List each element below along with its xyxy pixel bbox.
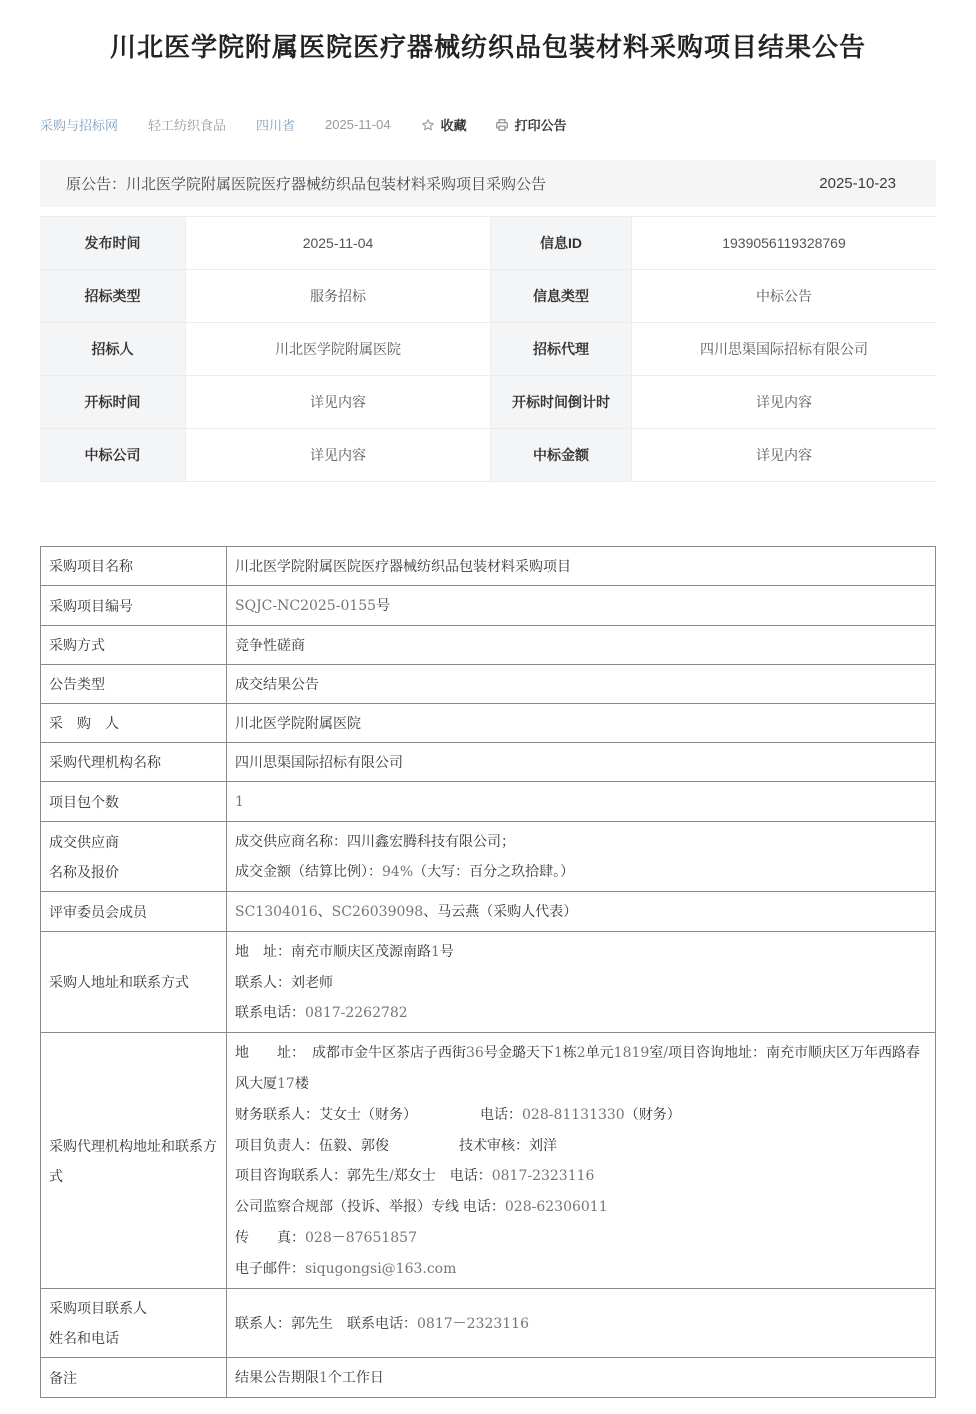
page-title: 川北医学院附属医院医疗器械纺织品包装材料采购项目结果公告 <box>40 0 936 65</box>
summary-value-cell: 详见内容 <box>186 429 490 481</box>
detail-row: 项目包个数 1 <box>41 782 936 822</box>
detail-line: 联系人：郭先生 联系电话：0817－2323116 <box>235 1308 927 1339</box>
summary-value-cell: 四川思渠国际招标有限公司 <box>632 323 936 375</box>
detail-label-cell: 采购人地址和联系方式 <box>41 932 227 1033</box>
detail-line: 公司监察合规部（投诉、举报）专线 电话：028-62306011 <box>235 1191 927 1222</box>
detail-line: 采购项目联系人 <box>49 1293 218 1323</box>
breadcrumb-category-link[interactable]: 轻工纺织食品 <box>148 115 226 134</box>
detail-line: 电子邮件：siqugongsi@163.com <box>235 1253 927 1284</box>
summary-label-cell: 招标人 <box>40 323 185 375</box>
detail-line: 竞争性磋商 <box>235 630 927 660</box>
detail-line: 采购方式 <box>49 630 218 660</box>
summary-value-cell: 1939056119328769 <box>632 217 936 269</box>
detail-line: 成交供应商 <box>49 827 218 857</box>
detail-line: 联系人：刘老师 <box>235 967 927 997</box>
detail-line: SQJC-NC2025-0155号 <box>235 590 927 621</box>
summary-value-cell: 详见内容 <box>632 376 936 428</box>
detail-line: 四川思渠国际招标有限公司 <box>235 747 927 777</box>
summary-label-cell: 开标时间倒计时 <box>491 376 631 428</box>
detail-line: 1 <box>235 786 927 817</box>
detail-value-cell: 四川思渠国际招标有限公司 <box>227 743 936 782</box>
detail-row: 成交供应商 名称及报价 成交供应商名称：四川鑫宏腾科技有限公司； 成交金额（结算… <box>41 822 936 892</box>
detail-row: 采购项目名称 川北医学院附属医院医疗器械纺织品包装材料采购项目 <box>41 547 936 586</box>
summary-value-cell: 详见内容 <box>632 429 936 481</box>
detail-row: 备注 结果公告期限1个工作日 <box>41 1358 936 1398</box>
detail-label-cell: 采 购 人 <box>41 704 227 743</box>
detail-value-cell: 成交供应商名称：四川鑫宏腾科技有限公司； 成交金额（结算比例）：94%（大写：百… <box>227 822 936 892</box>
detail-line: 采 购 人 <box>49 708 218 738</box>
detail-line: 备注 <box>49 1363 218 1393</box>
detail-row: 采购代理机构地址和联系方式 地 址： 成都市金牛区茶店子西街36号金璐天下1栋2… <box>41 1033 936 1289</box>
summary-value-cell: 中标公告 <box>632 270 936 322</box>
summary-label-cell: 中标金额 <box>491 429 631 481</box>
summary-label-cell: 信息类型 <box>491 270 631 322</box>
detail-label-cell: 公告类型 <box>41 665 227 704</box>
detail-line: 成交金额（结算比例）：94%（大写：百分之玖拾肆。） <box>235 856 927 887</box>
original-notice-date: 2025-10-23 <box>819 175 896 192</box>
favorite-button[interactable]: 收藏 <box>421 115 467 134</box>
detail-line: 姓名和电话 <box>49 1323 218 1353</box>
detail-label-cell: 采购项目联系人 姓名和电话 <box>41 1289 227 1358</box>
detail-row: 采购代理机构名称 四川思渠国际招标有限公司 <box>41 743 936 782</box>
detail-table: 采购项目名称 川北医学院附属医院医疗器械纺织品包装材料采购项目 采购项目编号 S… <box>40 546 936 1398</box>
detail-line: 成交供应商名称：四川鑫宏腾科技有限公司； <box>235 826 927 856</box>
detail-line: 采购代理机构地址和联系方式 <box>49 1131 218 1191</box>
breadcrumb-region-link[interactable]: 四川省 <box>256 115 295 134</box>
detail-line: 财务联系人：艾女士（财务） 电话：028-81131330（财务） <box>235 1099 927 1130</box>
breadcrumb-date: 2025-11-04 <box>325 117 391 132</box>
detail-line: SC1304016、SC26039098、马云燕（采购人代表） <box>235 896 927 927</box>
detail-row: 采购人地址和联系方式 地 址：南充市顺庆区茂源南路1号 联系人：刘老师 联系电话… <box>41 932 936 1033</box>
detail-value-cell: 竞争性磋商 <box>227 626 936 665</box>
detail-value-cell: 地 址：南充市顺庆区茂源南路1号 联系人：刘老师 联系电话：0817-22627… <box>227 932 936 1033</box>
detail-line: 采购人地址和联系方式 <box>49 967 218 997</box>
detail-line: 项目负责人：伍毅、郭俊 技术审核：刘洋 <box>235 1130 927 1160</box>
summary-label-cell: 招标类型 <box>40 270 185 322</box>
favorite-label: 收藏 <box>441 115 467 134</box>
detail-value-cell: 地 址： 成都市金牛区茶店子西街36号金璐天下1栋2单元1819室/项目咨询地址… <box>227 1033 936 1289</box>
detail-line: 项目包个数 <box>49 787 218 817</box>
original-notice-bar[interactable]: 原公告：川北医学院附属医院医疗器械纺织品包装材料采购项目采购公告 2025-10… <box>40 160 936 207</box>
detail-value-cell: SQJC-NC2025-0155号 <box>227 586 936 626</box>
detail-line: 地 址：南充市顺庆区茂源南路1号 <box>235 936 927 967</box>
summary-label-cell: 中标公司 <box>40 429 185 481</box>
print-button[interactable]: 打印公告 <box>495 115 567 134</box>
detail-line: 采购项目编号 <box>49 591 218 621</box>
detail-label-cell: 成交供应商 名称及报价 <box>41 822 227 892</box>
detail-label-cell: 采购代理机构地址和联系方式 <box>41 1033 227 1289</box>
detail-line: 传 真：028－87651857 <box>235 1222 927 1253</box>
detail-label-cell: 采购项目编号 <box>41 586 227 626</box>
summary-value-cell: 2025-11-04 <box>186 217 490 269</box>
detail-value-cell: 川北医学院附属医院 <box>227 704 936 743</box>
detail-label-cell: 采购代理机构名称 <box>41 743 227 782</box>
detail-label-cell: 备注 <box>41 1358 227 1398</box>
detail-row: 采购项目联系人 姓名和电话 联系人：郭先生 联系电话：0817－2323116 <box>41 1289 936 1358</box>
breadcrumb: 采购与招标网 轻工纺织食品 四川省 2025-11-04 收藏 打印公告 <box>40 115 936 134</box>
detail-line: 地 址： 成都市金牛区茶店子西街36号金璐天下1栋2单元1819室/项目咨询地址… <box>235 1037 927 1099</box>
detail-row: 采 购 人 川北医学院附属医院 <box>41 704 936 743</box>
summary-table: 发布时间 2025-11-04 信息ID 1939056119328769 招标… <box>40 216 936 482</box>
summary-label-cell: 开标时间 <box>40 376 185 428</box>
summary-label-cell: 招标代理 <box>491 323 631 375</box>
detail-line: 采购代理机构名称 <box>49 747 218 777</box>
detail-line: 联系电话：0817-2262782 <box>235 997 927 1028</box>
breadcrumb-source-link[interactable]: 采购与招标网 <box>40 115 118 134</box>
summary-value-cell: 服务招标 <box>186 270 490 322</box>
detail-line: 成交结果公告 <box>235 669 927 699</box>
summary-label-cell: 发布时间 <box>40 217 185 269</box>
detail-value-cell: SC1304016、SC26039098、马云燕（采购人代表） <box>227 892 936 932</box>
summary-value-cell: 川北医学院附属医院 <box>186 323 490 375</box>
detail-line: 项目咨询联系人：郭先生/郑女士 电话：0817-2323116 <box>235 1160 927 1191</box>
detail-row: 采购项目编号 SQJC-NC2025-0155号 <box>41 586 936 626</box>
detail-label-cell: 采购方式 <box>41 626 227 665</box>
original-notice-link-text[interactable]: 原公告：川北医学院附属医院医疗器械纺织品包装材料采购项目采购公告 <box>66 173 546 194</box>
detail-value-cell: 1 <box>227 782 936 822</box>
detail-row: 评审委员会成员 SC1304016、SC26039098、马云燕（采购人代表） <box>41 892 936 932</box>
detail-line: 公告类型 <box>49 669 218 699</box>
detail-label-cell: 采购项目名称 <box>41 547 227 586</box>
detail-line: 结果公告期限1个工作日 <box>235 1362 927 1393</box>
star-icon <box>421 118 435 132</box>
detail-line: 川北医学院附属医院医疗器械纺织品包装材料采购项目 <box>235 551 927 581</box>
detail-value-cell: 结果公告期限1个工作日 <box>227 1358 936 1398</box>
detail-label-cell: 评审委员会成员 <box>41 892 227 932</box>
print-label: 打印公告 <box>515 115 567 134</box>
summary-value-cell: 详见内容 <box>186 376 490 428</box>
detail-value-cell: 联系人：郭先生 联系电话：0817－2323116 <box>227 1289 936 1358</box>
page-container: 川北医学院附属医院医疗器械纺织品包装材料采购项目结果公告 采购与招标网 轻工纺织… <box>0 0 976 1414</box>
printer-icon <box>495 118 509 132</box>
detail-line: 名称及报价 <box>49 857 218 887</box>
detail-row: 公告类型 成交结果公告 <box>41 665 936 704</box>
detail-line: 评审委员会成员 <box>49 897 218 927</box>
detail-row: 采购方式 竞争性磋商 <box>41 626 936 665</box>
detail-label-cell: 项目包个数 <box>41 782 227 822</box>
detail-line: 川北医学院附属医院 <box>235 708 927 738</box>
detail-value-cell: 成交结果公告 <box>227 665 936 704</box>
detail-line: 采购项目名称 <box>49 551 218 581</box>
detail-value-cell: 川北医学院附属医院医疗器械纺织品包装材料采购项目 <box>227 547 936 586</box>
summary-label-cell: 信息ID <box>491 217 631 269</box>
